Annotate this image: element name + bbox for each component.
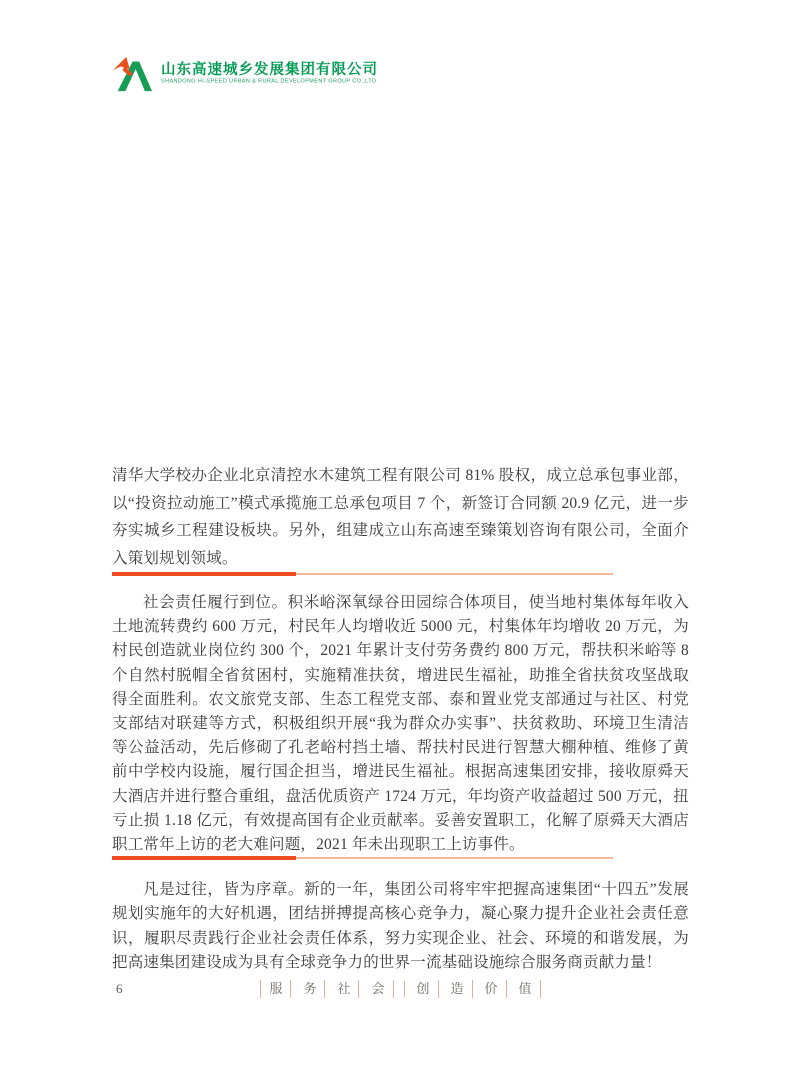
motto-char: 社 xyxy=(329,980,359,998)
company-name: 山东高速城乡发展集团有限公司 xyxy=(161,62,395,78)
motto-group-separator xyxy=(398,981,405,997)
motto-char: 价 xyxy=(477,980,507,998)
paragraph-social-responsibility: 社会责任履行到位。积米峪深氧绿谷田园综合体项目，使当地村集体每年收入土地流转费约… xyxy=(112,591,689,857)
divider-thick-segment xyxy=(112,856,296,860)
motto-char: 务 xyxy=(295,980,325,998)
motto-char: 服 xyxy=(260,980,291,998)
motto-char: 造 xyxy=(443,980,473,998)
divider-thin-segment xyxy=(296,857,613,859)
divider-thick-segment xyxy=(112,572,296,576)
page-footer: 6 服 务 社 会 创 造 价 值 xyxy=(112,979,689,1001)
paragraph-business-expansion: 清华大学校办企业北京清控水木建筑工程有限公司 81% 股权，成立总承包事业部，以… xyxy=(112,462,689,572)
company-logo: 山东高速城乡发展集团有限公司 SHANDONG HI-SPEED URBAN &… xyxy=(112,54,395,94)
divider-thin-segment xyxy=(296,573,613,575)
footer-motto: 服 务 社 会 创 造 价 值 xyxy=(112,980,689,998)
company-logo-text: 山东高速城乡发展集团有限公司 SHANDONG HI-SPEED URBAN &… xyxy=(161,62,395,86)
motto-char: 值 xyxy=(511,980,541,998)
section-divider xyxy=(112,572,613,576)
motto-char: 会 xyxy=(363,980,393,998)
section-divider xyxy=(112,856,613,860)
company-name-english: SHANDONG HI-SPEED URBAN & RURAL DEVELOPM… xyxy=(161,78,376,85)
paragraph-outlook: 凡是过往，皆为序章。新的一年，集团公司将牢牢把握高速集团“十四五”发展规划实施年… xyxy=(112,878,689,976)
report-page: { "logo": { "title": "山东高速城乡发展集团有限公司", "… xyxy=(0,0,800,1086)
company-logo-icon xyxy=(112,54,154,94)
motto-char: 创 xyxy=(409,980,439,998)
